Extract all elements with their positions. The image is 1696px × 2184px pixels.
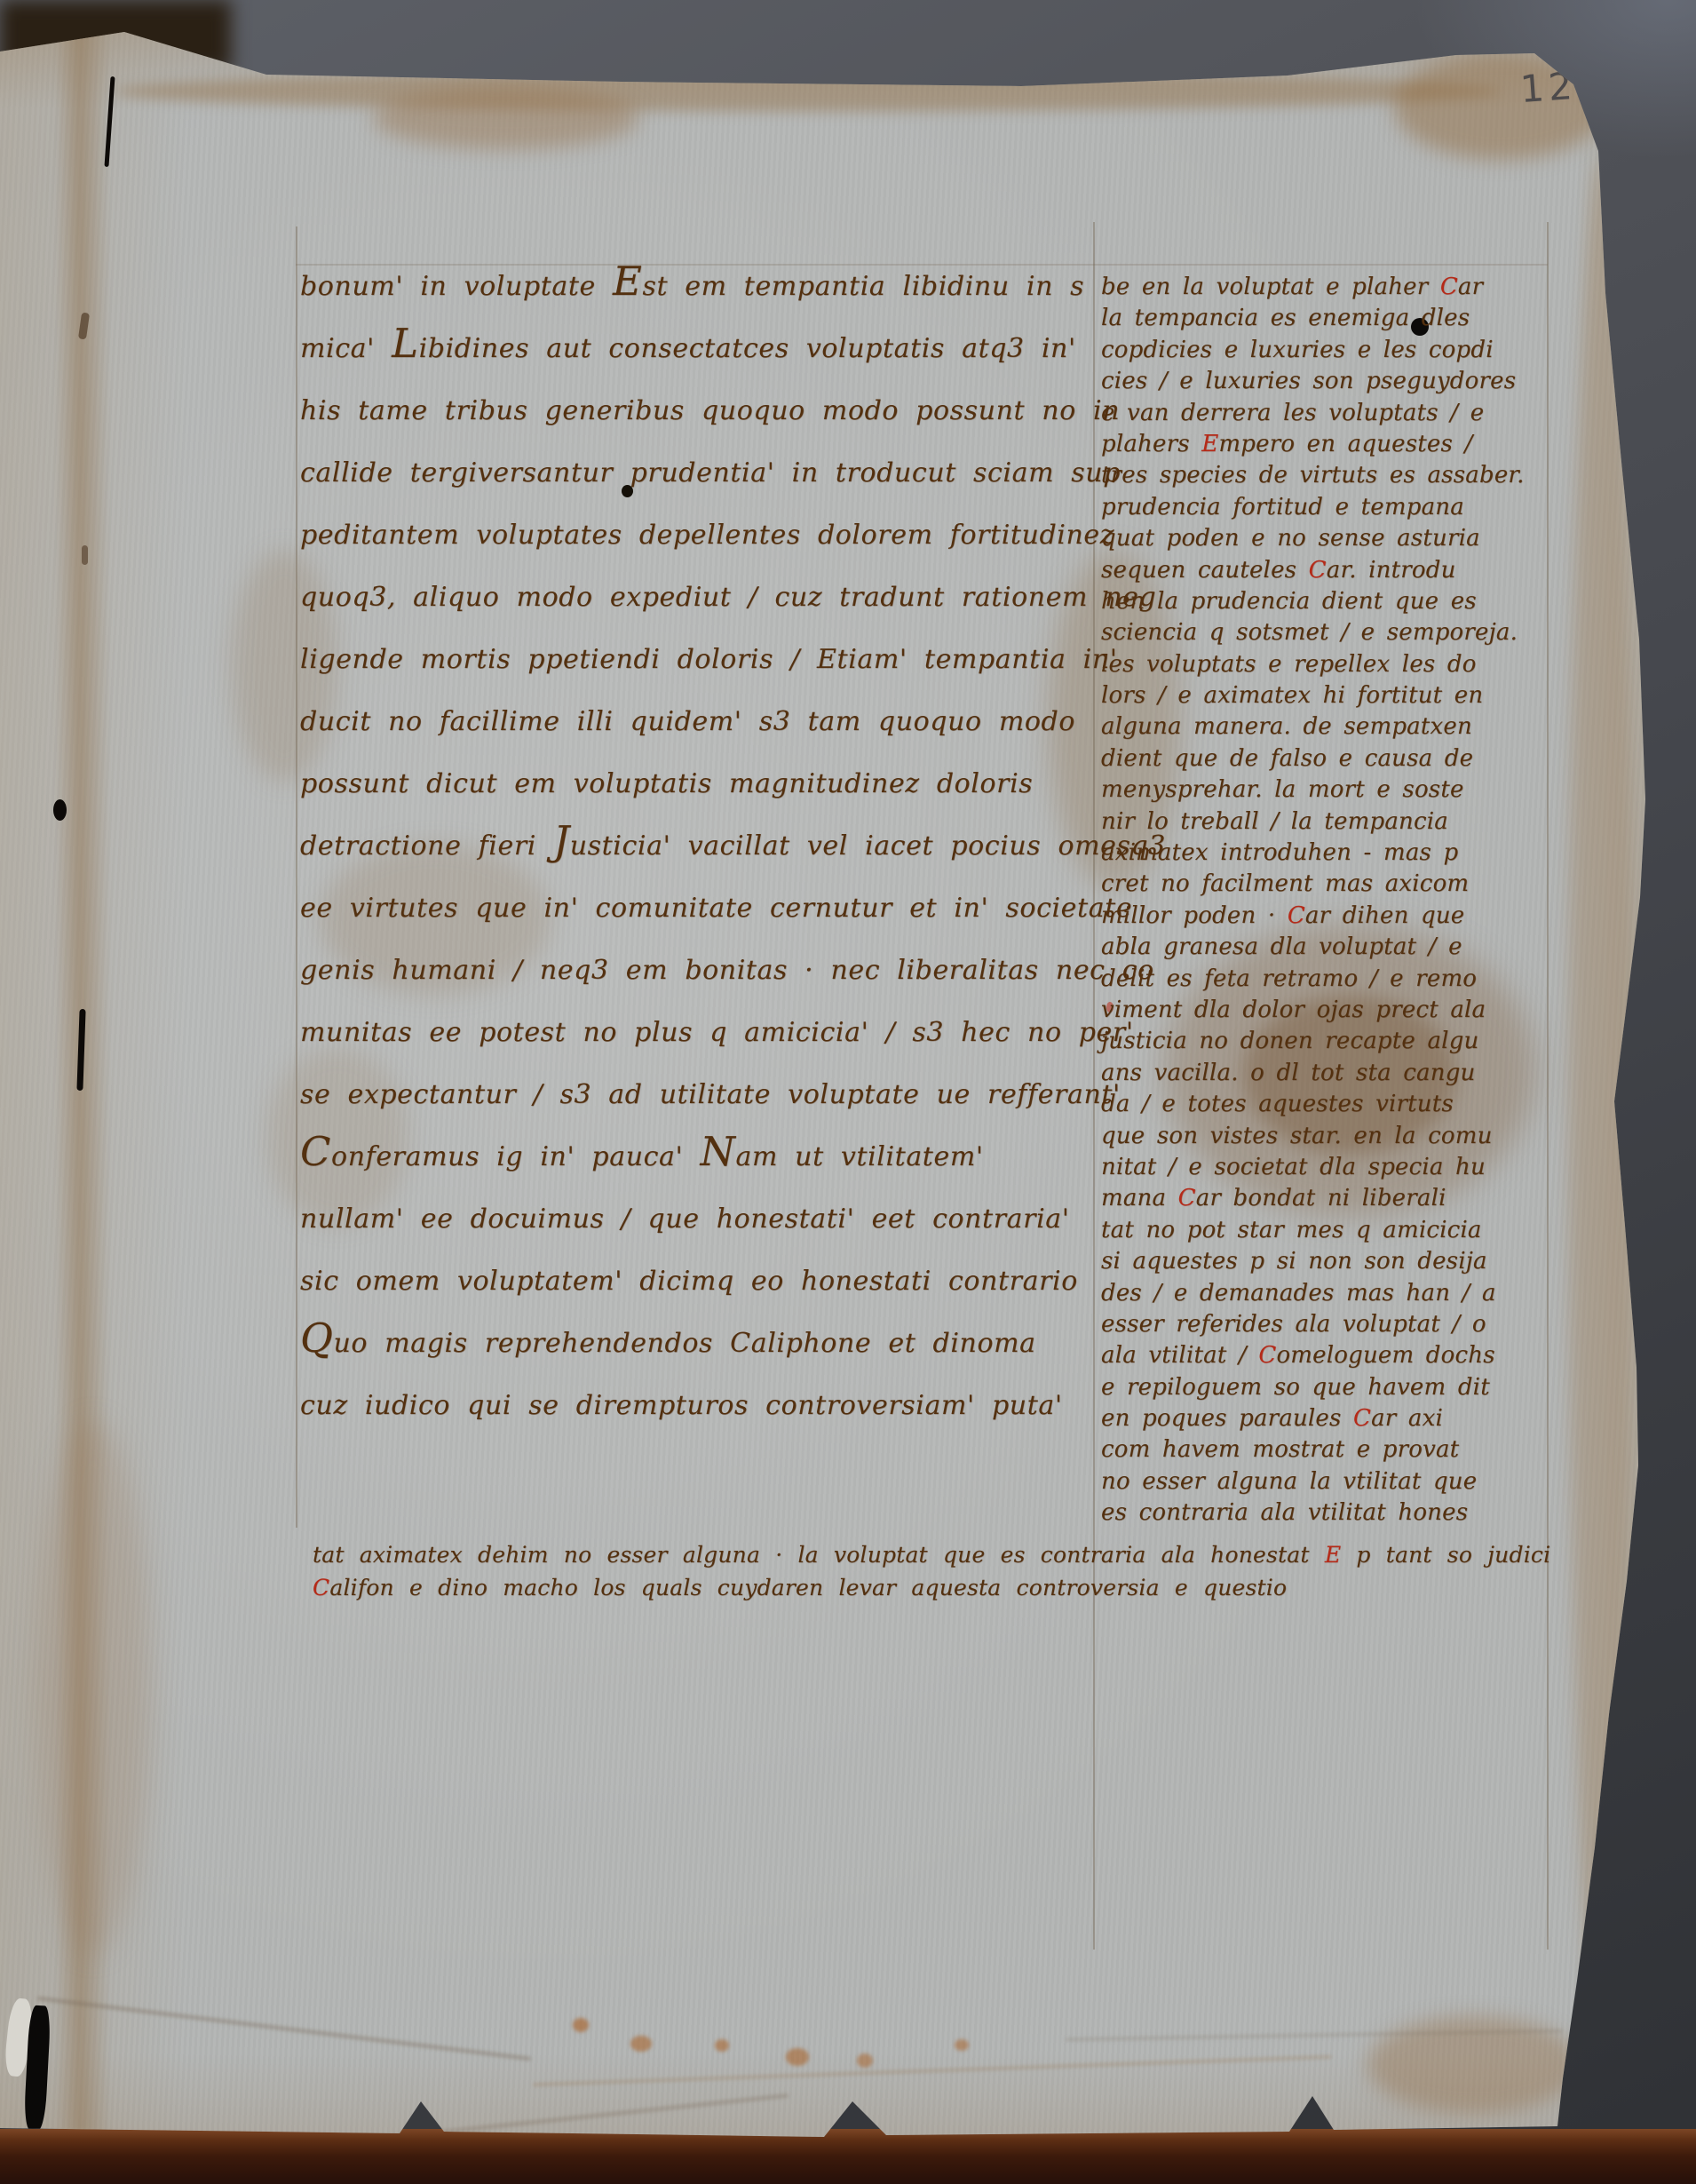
rubricated-letter: E: [1325, 1542, 1341, 1568]
catalan-text-line: ala vtilitat / Comeloguem dochs: [1101, 1340, 1556, 1371]
ruling-line-vertical: [296, 226, 297, 1528]
latin-text-line: mica' Libidines aut consectatces volupta…: [300, 318, 1050, 380]
catalan-text-line: prudencia fortitud e tempana: [1101, 492, 1556, 523]
catalan-text-line: cies / e luxuries son pseguydores: [1101, 366, 1556, 397]
catalan-text-line: que son vistes star. en la comu: [1101, 1121, 1556, 1152]
latin-text-line: ee virtutes que in' comunitate cernutur …: [300, 878, 1050, 940]
latin-text-line: ducit no facillime illi quidem' s3 tam q…: [300, 691, 1050, 753]
enlarged-initial: C: [300, 1128, 331, 1175]
catalan-text-line: es contraria ala vtilitat hones: [1101, 1497, 1556, 1529]
latin-text-line: munitas ee potest no plus q amicicia' / …: [300, 1002, 1050, 1064]
catalan-text-line: delit es feta retramo / e remo: [1101, 964, 1556, 995]
catalan-text-line: viment dla dolor ojas prect ala: [1101, 995, 1556, 1026]
latin-text-line: possunt dicut em voluptatis magnitudinez…: [300, 753, 1050, 815]
catalan-text-line: en poques paraules Car axi: [1101, 1403, 1556, 1434]
latin-text-column: bonum' in voluptate Est em tempantia lib…: [300, 256, 1050, 1437]
latin-text-line: callide tergiversantur prudentia' in tro…: [300, 442, 1050, 504]
rust-spot: [955, 2039, 969, 2051]
latin-text-line: se expectantur / s3 ad utilitate volupta…: [300, 1064, 1050, 1126]
catalan-text-line: nitat / e societat dla specia hu: [1101, 1152, 1556, 1183]
stain: [36, 1421, 151, 1954]
enlarged-initial: J: [553, 817, 570, 864]
wormhole: [53, 799, 67, 821]
footer-text-line: tat aximatex dehim no esser alguna · la …: [313, 1538, 1565, 1571]
catalan-text-column: be en la voluptat e plaher Carla tempanc…: [1101, 272, 1556, 1529]
footer-overflow-lines: tat aximatex dehim no esser alguna · la …: [313, 1538, 1565, 1604]
catalan-text-line: tres species de virtuts es assaber.: [1101, 460, 1556, 491]
stain: [115, 71, 1501, 112]
catalan-text-line: les voluptats e repellex les do: [1101, 649, 1556, 680]
rust-spot: [786, 2048, 809, 2066]
rubricated-letter: C: [1288, 902, 1305, 929]
rust-spot: [573, 2018, 589, 2032]
latin-text-line: ligende mortis ppetiendi doloris / Etiam…: [300, 629, 1050, 691]
latin-text-line: quoq3, aliquo modo expediut / cuz tradun…: [300, 567, 1050, 629]
catalan-text-line: si aquestes p si non son desija: [1101, 1246, 1556, 1277]
latin-text-line: bonum' in voluptate Est em tempantia lib…: [300, 256, 1050, 318]
rust-spot: [715, 2039, 729, 2052]
catalan-text-line: justicia no donen recapte algu: [1101, 1026, 1556, 1057]
rubricated-letter: C: [313, 1575, 329, 1600]
catalan-text-line: abla granesa dla voluptat / e: [1101, 932, 1556, 963]
rubricated-letter: E: [1201, 431, 1218, 457]
catalan-text-line: ans vacilla. o dl tot sta cangu: [1101, 1058, 1556, 1089]
latin-text-line: sic omem voluptatem' dicimq eo honestati…: [300, 1251, 1050, 1313]
catalan-text-line: esser referides ala voluptat / o: [1101, 1309, 1556, 1340]
catalan-text-line: be en la voluptat e plaher Car: [1101, 272, 1556, 303]
rust-spot: [857, 2053, 873, 2068]
rubricated-letter: C: [1440, 274, 1458, 300]
catalan-text-line: no esser alguna la vtilitat que: [1101, 1466, 1556, 1497]
catalan-text-line: menysprehar. la mort e soste: [1101, 774, 1556, 806]
rubricated-letter: C: [1309, 557, 1327, 584]
enlarged-initial: Q: [300, 1314, 334, 1362]
catalan-text-line: la tempancia es enemiga dles: [1101, 303, 1556, 334]
catalan-text-line: nir lo treball / la tempancia: [1101, 806, 1556, 838]
catalan-text-line: plahers Empero en aquestes /: [1101, 429, 1556, 460]
latin-text-line: cuz iudico qui se dirempturos controvers…: [300, 1375, 1050, 1437]
latin-text-line: Conferamus ig in' pauca' Nam ut vtilitat…: [300, 1126, 1050, 1188]
catalan-text-line: e repiloguem so que havem dit: [1101, 1372, 1556, 1403]
enlarged-initial: L: [392, 320, 418, 367]
catalan-text-line: com havem mostrat e provat: [1101, 1434, 1556, 1465]
catalan-text-line: des / e demanades mas han / a: [1101, 1278, 1556, 1309]
catalan-text-line: lors / e aximatex hi fortitut en: [1101, 680, 1556, 711]
catalan-text-line: tat no pot star mes q amicicia: [1101, 1215, 1556, 1246]
catalan-text-line: e van derrera les voluptats / e: [1101, 398, 1556, 429]
catalan-text-line: copdicies e luxuries e les copdi: [1101, 335, 1556, 366]
sewing-thread: [82, 545, 88, 565]
catalan-text-line: aximatex introduhen - mas p: [1101, 838, 1556, 869]
latin-text-line: peditantem voluptates depellentes dolore…: [300, 504, 1050, 567]
stain: [373, 87, 639, 149]
catalan-text-line: da / e totes aquestes virtuts: [1101, 1089, 1556, 1120]
stain: [1568, 160, 1634, 2061]
catalan-text-line: sequen cauteles Car. introdu: [1101, 555, 1556, 586]
fold-crease: [533, 2055, 1332, 2085]
catalan-text-line: alguna manera. de sempatxen: [1101, 711, 1556, 743]
rubricated-letter: C: [1353, 1405, 1371, 1432]
latin-text-line: his tame tribus generibus quoquo modo po…: [300, 380, 1050, 442]
catalan-text-line: hen la prudencia dient que es: [1101, 586, 1556, 617]
latin-text-line: Quo magis reprehendendos Caliphone et di…: [300, 1313, 1050, 1375]
enlarged-initial: N: [701, 1128, 736, 1175]
photo-backdrop: 12 bonum' in voluptate Est em tempantia …: [0, 0, 1696, 2184]
catalan-text-line: cret no facilment mas axicom: [1101, 869, 1556, 900]
catalan-text-line: quat poden e no sense asturia: [1101, 523, 1556, 554]
latin-text-line: detractione fieri Justicia' vacillat vel…: [300, 815, 1050, 878]
catalan-text-line: mana Car bondat ni liberali: [1101, 1183, 1556, 1214]
latin-text-line: nullam' ee docuimus / que honestati' eet…: [300, 1188, 1050, 1251]
rubricated-letter: C: [1178, 1185, 1196, 1211]
footer-text-line: Califon e dino macho los quals cuydaren …: [313, 1571, 1565, 1604]
catalan-text-line: dient que de falso e causa de: [1101, 743, 1556, 774]
latin-text-line: genis humani / neq3 em bonitas · nec lib…: [300, 940, 1050, 1002]
enlarged-initial: E: [613, 258, 642, 305]
rubricated-letter: C: [1258, 1342, 1276, 1369]
catalan-text-line: millor poden · Car dihen que: [1101, 901, 1556, 932]
manuscript-page: 12 bonum' in voluptate Est em tempantia …: [0, 0, 1696, 2184]
catalan-text-line: sciencia q sotsmet / e semporeja.: [1101, 617, 1556, 648]
fold-crease: [37, 1997, 531, 2061]
rust-spot: [630, 2036, 652, 2052]
table-edge: [0, 2129, 1696, 2184]
